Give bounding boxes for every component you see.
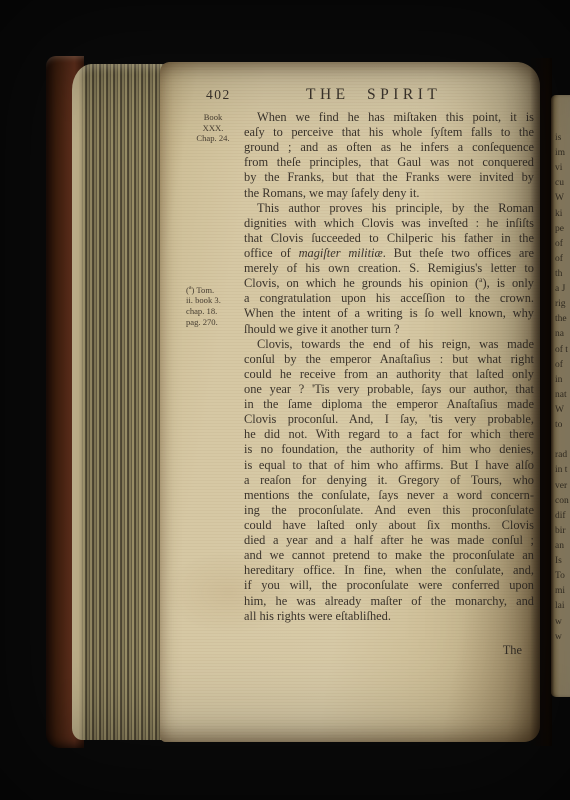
facing-page-fragment: w	[555, 615, 570, 630]
book-page: 402 THE SPIRIT BookXXX.Chap. 24.(a) Tom.…	[160, 62, 540, 742]
facing-page-text-fragments: isimvicuWkipeofoftha Jrigthenaof tofinna…	[551, 95, 570, 691]
facing-page-fragment: in t	[555, 463, 570, 478]
catchword: The	[244, 643, 534, 658]
text-line: the Romans, we may ſafely deny it.	[244, 186, 534, 201]
text-line: one year ? 'Tis very probable, ſays our …	[244, 382, 534, 397]
text-line: by the Franks, but that the Franks were …	[244, 170, 534, 185]
book-photo: 402 THE SPIRIT BookXXX.Chap. 24.(a) Tom.…	[0, 0, 570, 800]
facing-page-fragment: bir	[555, 524, 570, 539]
facing-page-fragment: a J	[555, 282, 570, 297]
text-line: in the ſame diploma the emperor Anaſtaſi…	[244, 397, 534, 412]
page-block-fore-edge	[72, 64, 164, 740]
facing-page-fragment: dif	[555, 509, 570, 524]
text-line: hereditary office. In fine, when the con…	[244, 563, 534, 578]
sidenote-line: Book	[182, 112, 244, 123]
facing-page-fragment: th	[555, 267, 570, 282]
facing-page-fragment: ver	[555, 479, 570, 494]
text-line: if you will, the proconſulate were confe…	[244, 578, 534, 593]
text-line: dignities with which Clovis was inveſted…	[244, 216, 534, 231]
gutter-shadow	[530, 58, 552, 746]
text-line: Clovis proconſul. And, I ſay, 'tis very …	[244, 412, 534, 427]
text-line: could have laſted only about ſix months.…	[244, 518, 534, 533]
facing-page-fragment: vi	[555, 161, 570, 176]
text-line: office of magiſter militiæ. But theſe tw…	[244, 246, 534, 261]
facing-page-fragment: mi	[555, 584, 570, 599]
text-line: he did not. With regard to a fact for wh…	[244, 427, 534, 442]
facing-page-fragment: the	[555, 312, 570, 327]
facing-page-fragment: con	[555, 494, 570, 509]
margin-sidenote: (a) Tom.ii. book 3.chap. 18.pag. 270.	[182, 283, 248, 327]
text-line: is equal to that of him who affirms. But…	[244, 458, 534, 473]
facing-page-fragment: lai	[555, 599, 570, 614]
facing-page-fragment: ki	[555, 207, 570, 222]
text-line: Clovis, on which he grounds his opinion …	[244, 276, 534, 291]
text-line: This author proves his principle, by the…	[244, 201, 534, 216]
text-line: mentions the conſulate, ſays never a wor…	[244, 488, 534, 503]
running-title: THE SPIRIT	[306, 86, 441, 104]
facing-page-fragment: an	[555, 539, 570, 554]
facing-page-fragment: is	[555, 131, 570, 146]
text-line: a reaſon for denying it. Gregory of Tour…	[244, 473, 534, 488]
facing-page-fragment: of	[555, 358, 570, 373]
facing-page-fragment: im	[555, 146, 570, 161]
text-line: is no foundation, the authority of him w…	[244, 442, 534, 457]
text-line: a congratulation upon his acceſſion to t…	[244, 291, 534, 306]
text-line: him, he was already maſter of the monarc…	[244, 594, 534, 609]
sidenote-line: chap. 18.	[186, 306, 248, 317]
text-line: ſhould we give it another turn ?	[244, 322, 534, 337]
text-line: and we cannot pretend to make the procon…	[244, 548, 534, 563]
facing-page-fragment: W	[555, 191, 570, 206]
sidenote-line: ii. book 3.	[186, 295, 248, 306]
sidenote-line: pag. 270.	[186, 317, 248, 328]
text-line: conſul by the emperor Anaſtaſius : but w…	[244, 352, 534, 367]
margin-sidenote: BookXXX.Chap. 24.	[182, 112, 244, 144]
text-line: When the intent of a writing is ſo well …	[244, 306, 534, 321]
facing-page-sliver: isimvicuWkipeofoftha Jrigthenaof tofinna…	[551, 95, 570, 697]
facing-page-fragment: to	[555, 418, 570, 433]
facing-page-fragment: pe	[555, 222, 570, 237]
facing-page-fragment: cu	[555, 176, 570, 191]
text-line: could he receive from an authority that …	[244, 367, 534, 382]
facing-page-fragment: rad	[555, 448, 570, 463]
facing-page-fragment: in	[555, 373, 570, 388]
facing-page-fragment: W	[555, 403, 570, 418]
facing-page-fragment: of	[555, 252, 570, 267]
text-line: eaſy to perceive that his whole ſyſtem f…	[244, 125, 534, 140]
text-line: Clovis, towards the end of his reign, wa…	[244, 337, 534, 352]
facing-page-fragment	[555, 433, 570, 448]
text-line: ground ; and as often as he infers a con…	[244, 140, 534, 155]
facing-page-fragment: rig	[555, 297, 570, 312]
text-line: from theſe principles, that Gaul was not…	[244, 155, 534, 170]
facing-page-fragment: To	[555, 569, 570, 584]
facing-page-fragment: of t	[555, 343, 570, 358]
page-number: 402	[206, 87, 231, 103]
sidenote-line: (a) Tom.	[186, 283, 248, 295]
text-line: When we find he has miſtaken this point,…	[244, 110, 534, 125]
text-line: ing the proconſulate. And even this proc…	[244, 503, 534, 518]
facing-page-fragment: of	[555, 237, 570, 252]
body-text: When we find he has miſtaken this point,…	[244, 110, 534, 624]
facing-page-fragment: na	[555, 327, 570, 342]
text-line: all his rights were eſtabliſhed.	[244, 609, 534, 624]
sidenote-line: XXX.	[182, 123, 244, 134]
text-line: died a year and a half after he was made…	[244, 533, 534, 548]
text-line: merely of his own creation. S. Remigius'…	[244, 261, 534, 276]
text-line: that Clovis ſucceeded to Chilperic his f…	[244, 231, 534, 246]
facing-page-fragment: Is	[555, 554, 570, 569]
sidenote-line: Chap. 24.	[182, 133, 244, 144]
facing-page-fragment: w	[555, 630, 570, 645]
facing-page-fragment: nat	[555, 388, 570, 403]
